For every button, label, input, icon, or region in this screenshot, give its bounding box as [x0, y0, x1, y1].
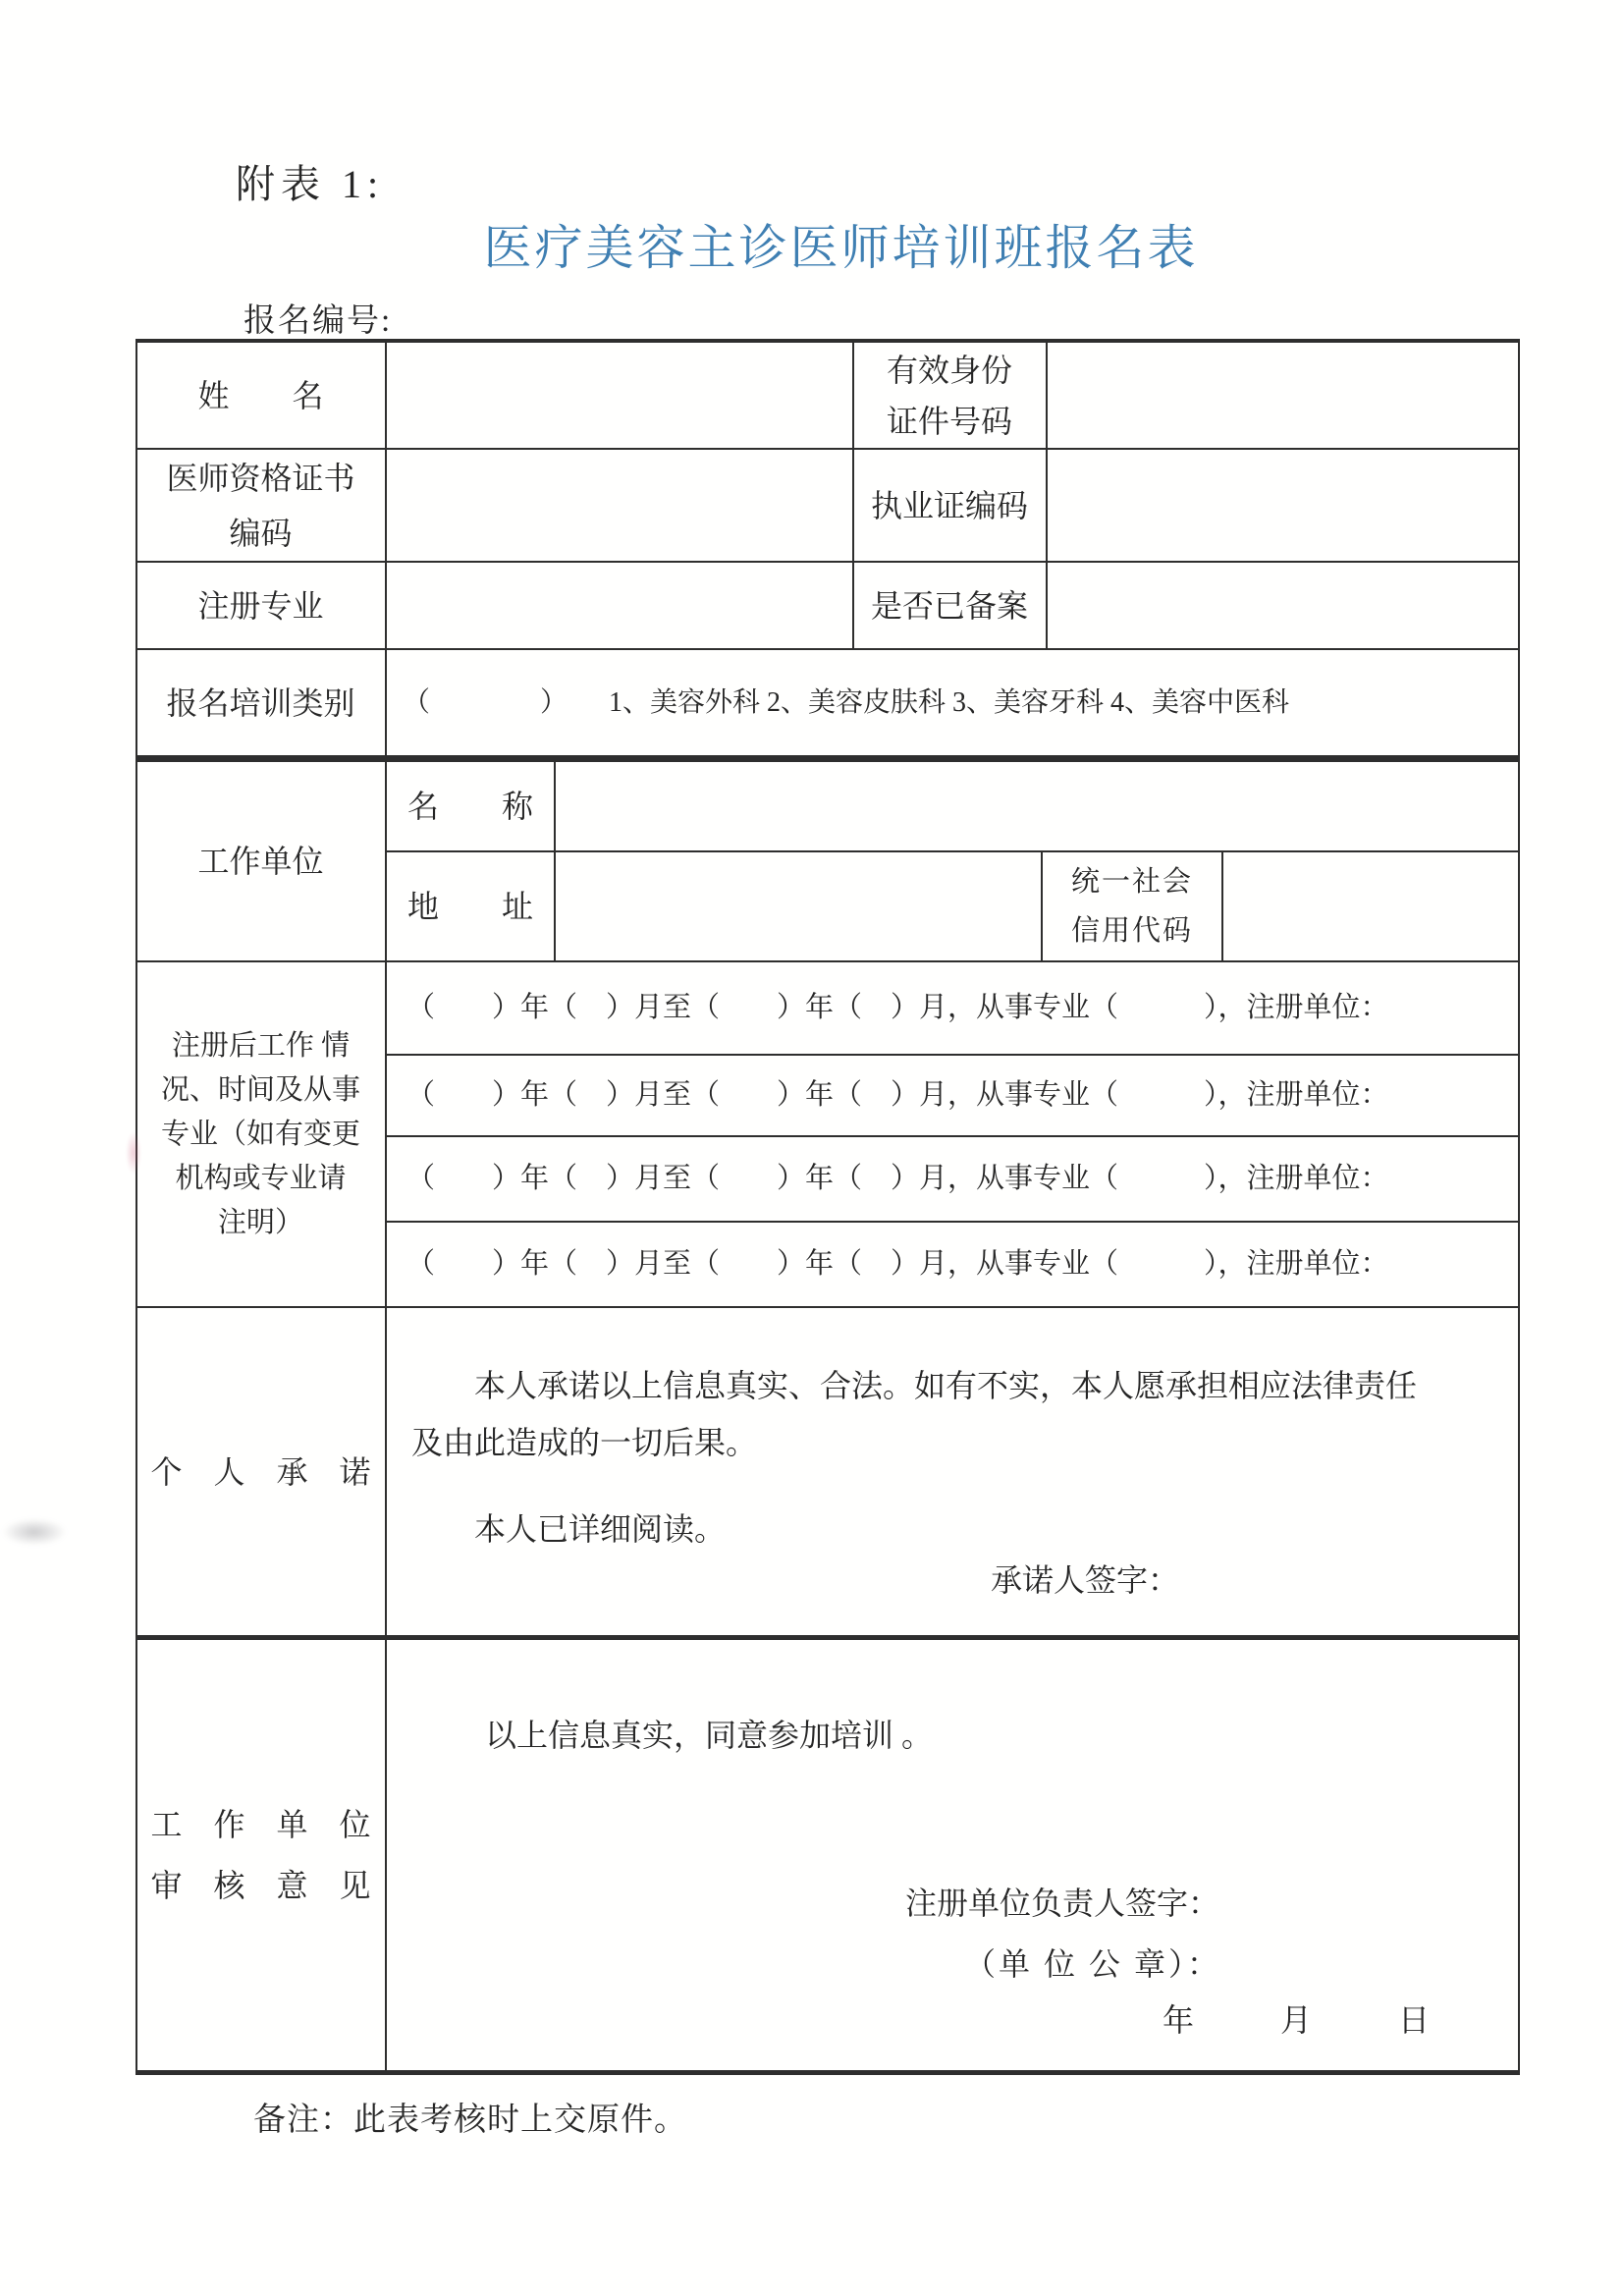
- work-history-row-2[interactable]: （ ）年（ ）月至（ ）年（ ）月，从事专业（ ），注册单位：: [387, 1056, 1520, 1135]
- review-signature-label: 注册单位负责人签字：: [905, 1879, 1219, 1924]
- personal-commitment-content: 本人承诺以上信息真实、合法。如有不实，本人愿承担相应法律责任及由此造成的一切后果…: [387, 1308, 1520, 1635]
- name-field[interactable]: [387, 343, 852, 448]
- practice-cert-label: 执业证编码: [853, 450, 1046, 561]
- work-history-label-line: 注册后工作 情: [172, 1024, 350, 1068]
- qualification-cert-label-line1: 医师资格证书: [166, 451, 354, 506]
- id-number-label-line1: 有效身份: [887, 345, 1012, 396]
- qualification-cert-field[interactable]: [387, 450, 852, 561]
- name-label: 姓 名: [135, 343, 386, 448]
- work-history-label-line: 注明）: [218, 1201, 303, 1245]
- work-history-row-4[interactable]: （ ）年（ ）月至（ ）年（ ）月，从事专业（ ），注册单位：: [387, 1223, 1520, 1306]
- id-number-field[interactable]: [1048, 343, 1518, 448]
- filed-label: 是否已备案: [853, 563, 1046, 648]
- work-unit-name-field[interactable]: [556, 762, 1520, 850]
- credit-code-label: 统一社会 信用代码: [1043, 852, 1221, 960]
- review-statement: 以上信息真实，同意参加培训 。: [485, 1711, 933, 1756]
- grid-line-thick: [135, 755, 1520, 762]
- footer-note: 备注：此表考核时上交原件。: [253, 2094, 687, 2140]
- scan-artifact: [2, 1518, 67, 1546]
- id-number-label: 有效身份 证件号码: [853, 343, 1046, 448]
- work-unit-label: 工作单位: [135, 762, 386, 960]
- registered-specialty-field[interactable]: [387, 563, 852, 648]
- commitment-signature-label: 承诺人签字：: [991, 1556, 1179, 1601]
- commitment-paragraph-1: 本人承诺以上信息真实、合法。如有不实，本人愿承担相应法律责任及由此造成的一切后果…: [411, 1357, 1442, 1471]
- grid-line-bottom: [135, 2070, 1520, 2075]
- work-history-label-line: 况、时间及从事: [161, 1068, 360, 1113]
- credit-code-label-line1: 统一社会: [1071, 857, 1193, 906]
- practice-cert-field[interactable]: [1048, 450, 1518, 561]
- employer-review-label-line1: 工 作 单 位: [150, 1794, 370, 1855]
- work-history-row-3[interactable]: （ ）年（ ）月至（ ）年（ ）月，从事专业（ ），注册单位：: [387, 1137, 1520, 1221]
- credit-code-label-line2: 信用代码: [1071, 906, 1193, 956]
- work-history-label-line: 机构或专业请: [175, 1157, 346, 1201]
- work-unit-address-label: 地 址: [387, 852, 554, 960]
- registration-number-label: 报名编号:: [243, 295, 392, 341]
- work-history-label-line: 专业（如有变更: [161, 1113, 360, 1157]
- work-unit-name-label: 名 称: [387, 762, 554, 850]
- employer-review-label-line2: 审 核 意 见: [150, 1855, 370, 1916]
- commitment-paragraph-2: 本人已详细阅读。: [411, 1501, 1442, 1558]
- review-date-label: 年 月 日: [1163, 1995, 1437, 2041]
- qualification-cert-label: 医师资格证书 编码: [135, 450, 386, 561]
- form-title: 医疗美容主诊医师培训班报名表: [29, 210, 1623, 279]
- work-unit-address-field[interactable]: [556, 852, 1041, 960]
- attachment-label: 附表 1:: [236, 153, 384, 209]
- review-seal-label: （单 位 公 章）：: [964, 1940, 1221, 1985]
- scanned-form-page: 附表 1: 医疗美容主诊医师培训班报名表 报名编号: 姓 名 有效身份 证件号码: [0, 0, 1623, 2296]
- training-category-label: 报名培训类别: [135, 650, 386, 755]
- filed-field[interactable]: [1048, 563, 1518, 648]
- scan-artifact: [126, 1131, 141, 1175]
- personal-commitment-label: 个 人 承 诺: [135, 1308, 386, 1635]
- form-table: 姓 名 有效身份 证件号码 医师资格证书 编码 执业证编码 注册专业 是否已备案…: [135, 339, 1520, 2075]
- credit-code-field[interactable]: [1223, 852, 1518, 960]
- employer-review-content: 以上信息真实，同意参加培训 。 注册单位负责人签字： （单 位 公 章）： 年 …: [387, 1640, 1520, 2070]
- training-category-options[interactable]: （ ） 1、美容外科 2、美容皮肤科 3、美容牙科 4、美容中医科: [387, 650, 1520, 755]
- registered-specialty-label: 注册专业: [135, 563, 386, 648]
- work-history-row-1[interactable]: （ ）年（ ）月至（ ）年（ ）月，从事专业（ ），注册单位：: [387, 962, 1520, 1054]
- id-number-label-line2: 证件号码: [887, 396, 1012, 447]
- qualification-cert-label-line2: 编码: [229, 506, 292, 561]
- employer-review-label: 工 作 单 位 审 核 意 见: [135, 1640, 386, 2070]
- work-history-label: 注册后工作 情 况、时间及从事 专业（如有变更 机构或专业请 注明）: [135, 962, 386, 1306]
